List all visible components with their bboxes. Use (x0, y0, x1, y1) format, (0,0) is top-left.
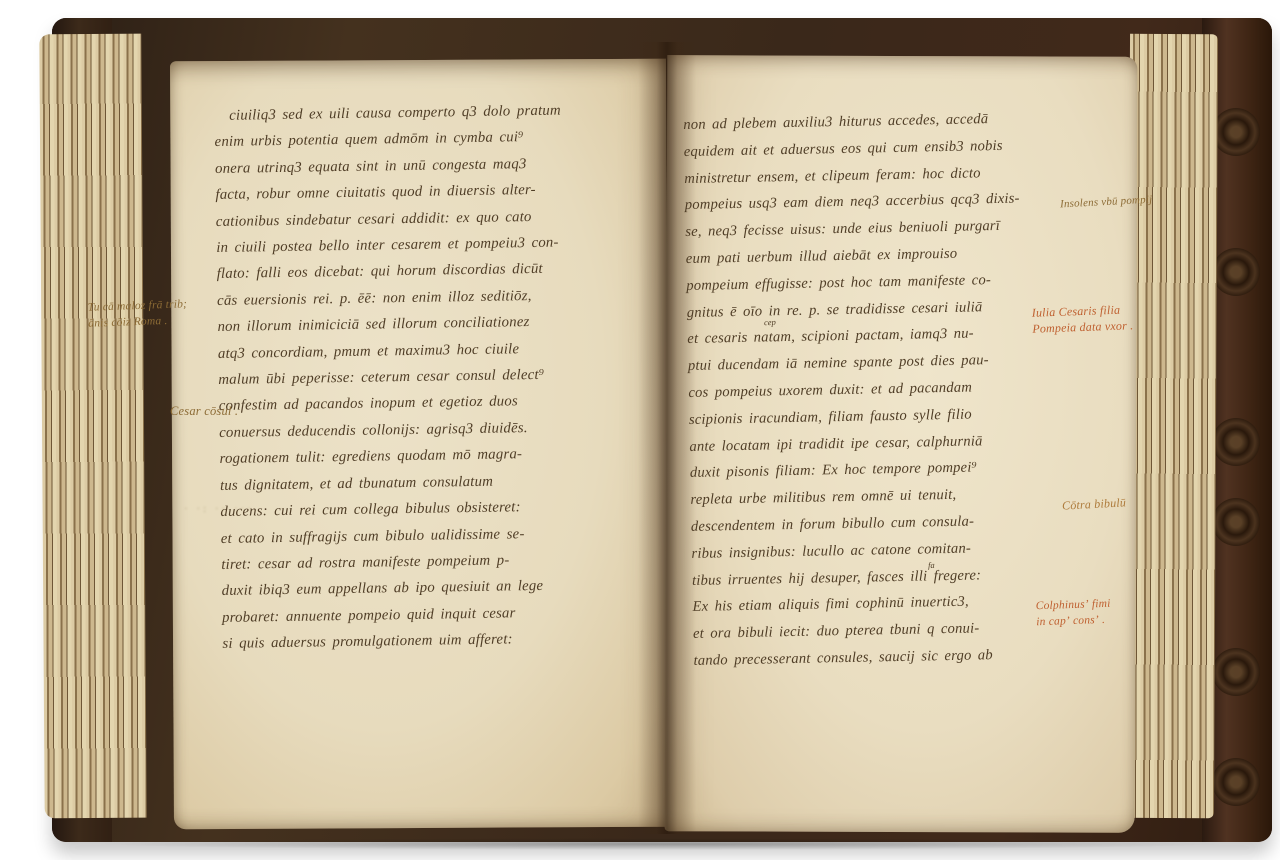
embossed-rosette (1212, 248, 1260, 296)
embossed-rosette (1212, 648, 1260, 696)
margin-note-left-1: Tu cā maloz frā trib;ānis cōiz Roma . (87, 296, 187, 331)
margin-note-contra-bibulum: Cōtra bibulū (1062, 494, 1127, 513)
page-edges-right (1126, 34, 1218, 818)
margin-note-caesar-consul: Cesar cōsul . (170, 403, 238, 419)
right-page-text: non ad plebem auxiliu3 hiturus accedes, … (683, 105, 1054, 675)
text-line: Cesar cōsul . (170, 403, 238, 419)
book-drop-shadow (90, 838, 1230, 850)
embossed-rosette (1212, 498, 1260, 546)
interlinear-correction: fa (928, 560, 935, 570)
margin-note-iulia-caesaris: Iulia Cesaris filiaPompeia data vxor . (1031, 301, 1133, 337)
text-line: Cōtra bibulū (1062, 494, 1127, 513)
interlinear-correction: cep (764, 317, 776, 327)
margin-note-cophinus-fimi: Colphinusʼ fimiin capʼ consʼ . (1035, 596, 1111, 631)
left-page-text: ciuiliq3 sed ex uili causa comperto q3 d… (214, 96, 673, 658)
text-line: in capʼ consʼ . (1036, 612, 1111, 631)
embossed-rosette (1212, 758, 1260, 806)
faded-ink-smudge: · ·: ·· ··· (184, 503, 254, 515)
embossed-rosette (1212, 108, 1260, 156)
photo-of-open-manuscript: ciuiliq3 sed ex uili causa comperto q3 d… (0, 0, 1280, 860)
page-edges-left (39, 34, 146, 819)
embossed-rosette (1212, 418, 1260, 466)
